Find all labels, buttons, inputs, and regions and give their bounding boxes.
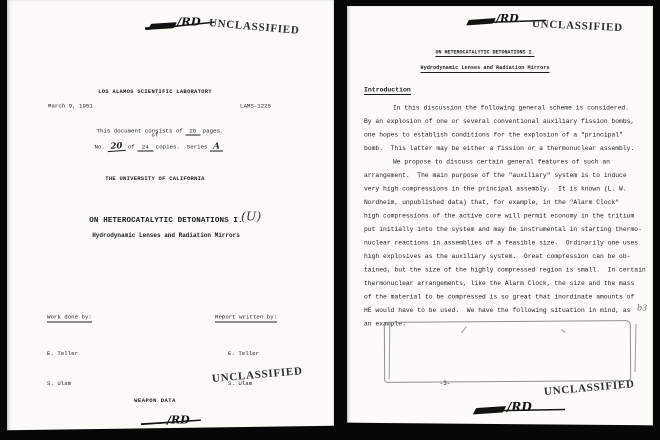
- pencil-double-line: [635, 324, 637, 372]
- body-line: tained, but the size of the highly compr…: [364, 263, 644, 277]
- pages-count-blank: 20: [185, 129, 200, 136]
- pencil-mark: [461, 326, 467, 333]
- body-line: high compressions of the active core wil…: [364, 209, 644, 223]
- pencil-mark: [561, 329, 566, 333]
- document-subtitle: Hydrodynamic Lenses and Radiation Mirror…: [7, 232, 325, 239]
- body-line: In this discussion the following general…: [364, 101, 644, 115]
- copy-total-blank: 24: [137, 145, 153, 152]
- report-written-label: Report written by:: [215, 314, 277, 322]
- pencil-double-line: [389, 324, 391, 379]
- body-line: high explosives as the auxiliary system.…: [364, 250, 644, 264]
- work-done-authors: E. Teller S. Ulam: [47, 329, 78, 409]
- body-line: one hopes to establish conditions for th…: [364, 128, 644, 142]
- page-number: -3-: [425, 380, 465, 387]
- document-title: ON HETEROCATALYTIC DETONATIONS I.: [347, 50, 623, 57]
- report-number: LAMS-1225: [240, 103, 271, 110]
- author-name: E. Teller: [228, 349, 259, 359]
- document-consists-line: This document consists of20pages.: [7, 128, 313, 135]
- body-line: thermonuclear arrangements, like the Ala…: [364, 277, 644, 291]
- cover-page: /RD UNCLASSIFIED LOS ALAMOS SCIENTIFIC L…: [7, 0, 334, 433]
- copy-number-handwritten: 20: [107, 141, 126, 152]
- text-page: /RD UNCLASSIFIED ON HETEROCATALYTIC DETO…: [347, 6, 653, 428]
- body-line: We propose to discuss certain general fe…: [364, 155, 644, 169]
- body-line: By an explosion of one or several conven…: [364, 115, 644, 129]
- redaction-box: [384, 320, 631, 383]
- unclassified-stamp: UNCLASSIFIED: [208, 16, 300, 37]
- document-date: March 9, 1951: [48, 103, 93, 110]
- work-done-label: Work done by:: [47, 314, 92, 322]
- section-heading-introduction: Introduction: [364, 86, 411, 95]
- rd-annotation: /RD: [177, 15, 201, 29]
- body-line: Nordheim, unpublished data) that, for ex…: [364, 196, 644, 210]
- document-subtitle: Hydrodynamic Lenses and Radiation Mirror…: [347, 65, 623, 73]
- series-letter-handwritten: A: [210, 142, 223, 152]
- rd-annotation: /RD: [507, 400, 532, 415]
- author-name: E. Teller: [47, 349, 78, 359]
- copy-number-line: No.20of24copies. SeriesA: [7, 142, 313, 152]
- secret-strikeout-stamp: /RD: [145, 17, 215, 34]
- secret-strikeout-stamp: /RD: [475, 402, 565, 417]
- body-line: arrangement. The main purpose of the "au…: [364, 169, 644, 183]
- margin-note: b3: [637, 303, 647, 313]
- rd-annotation: /RD: [496, 12, 519, 25]
- document-title: ON HETEROCATALYTIC DETONATIONS I.: [7, 216, 325, 225]
- body-line: HE would have to be used. We have the fo…: [364, 304, 644, 318]
- institution-block: LOS ALAMOS SCIENTIFIC LABORATORY of THE …: [7, 56, 303, 216]
- document-scan-viewport: /RD UNCLASSIFIED LOS ALAMOS SCIENTIFIC L…: [0, 0, 660, 440]
- unclassified-stamp: UNCLASSIFIED: [532, 17, 623, 34]
- weapon-data-label: WEAPON DATA: [7, 398, 303, 404]
- title-classification-annotation: (U): [241, 209, 261, 224]
- page-edge: [347, 423, 653, 428]
- institution-university: THE UNIVERSITY OF CALIFORNIA: [7, 172, 303, 187]
- body-line: put initially into the system and may be…: [364, 223, 644, 237]
- institution-name: LOS ALAMOS SCIENTIFIC LABORATORY: [7, 85, 303, 100]
- body-line: very high compressions in the principal …: [364, 182, 644, 196]
- body-line: bomb. This latter may be either a fissio…: [364, 142, 644, 156]
- body-line: of the material to be compressed is so g…: [364, 290, 644, 304]
- author-name: S. Ulam: [47, 379, 78, 389]
- body-text: In this discussion the following general…: [364, 101, 644, 331]
- body-line: nuclear reactions in assemblies of a fea…: [364, 236, 644, 250]
